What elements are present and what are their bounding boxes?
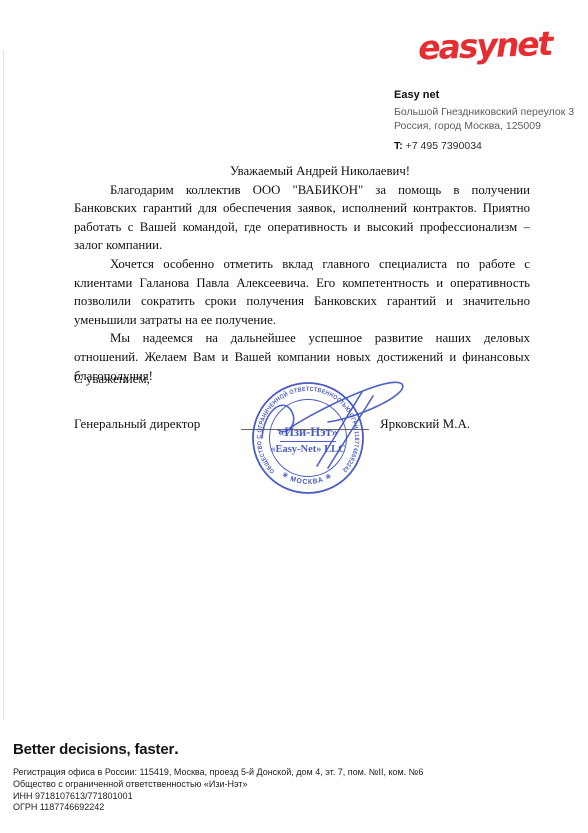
tagline-period: . <box>174 739 179 758</box>
paragraph-2: Хочется особенно отметить вклад главного… <box>74 255 530 329</box>
closing-phrase: С уважением, <box>74 371 150 387</box>
signer-title: Генеральный директор <box>74 416 200 432</box>
stamp-center-line1: «Изи-Нэт» <box>278 425 338 439</box>
phone-number: +7 495 7390034 <box>406 140 482 152</box>
company-address-line1: Большой Гнездниковский переулок 3 <box>394 106 574 118</box>
salutation: Уважаемый Андрей Николаевич! <box>74 162 530 181</box>
footer-inn: ИНН 9718107613/771801001 <box>13 791 423 803</box>
footer-registration: Регистрация офиса в России: 115419, Моск… <box>13 767 423 779</box>
letter-page: easynet Easy net Большой Гнездниковский … <box>0 0 588 833</box>
easynet-logo: easynet <box>417 24 558 68</box>
letter-body: Уважаемый Андрей Николаевич! Благодарим … <box>74 162 530 385</box>
company-name: Easy net <box>394 89 439 101</box>
footer-legal-block: Регистрация офиса в России: 115419, Моск… <box>13 767 423 814</box>
paragraph-1: Благодарим коллектив ООО "ВАБИКОН" за по… <box>74 181 530 255</box>
footer-company-form: Общество с ограниченной ответственностью… <box>13 779 423 791</box>
page-edge-line <box>3 50 4 720</box>
company-stamp: ОБЩЕСТВО С ОГРАНИЧЕННОЙ ОТВЕТСТВЕННОСТЬЮ… <box>240 366 420 516</box>
company-address-line2: Россия, город Москва, 125009 <box>394 120 541 132</box>
phone-label: T: <box>394 140 403 152</box>
tagline-text: Better decisions, faster <box>13 741 174 758</box>
company-phone: T: +7 495 7390034 <box>394 140 482 152</box>
stamp-center-line2: «Easy-Net» LLC <box>270 444 346 455</box>
footer-tagline: Better decisions, faster. <box>13 741 179 758</box>
footer-ogrn: ОГРН 1187746692242 <box>13 802 423 814</box>
